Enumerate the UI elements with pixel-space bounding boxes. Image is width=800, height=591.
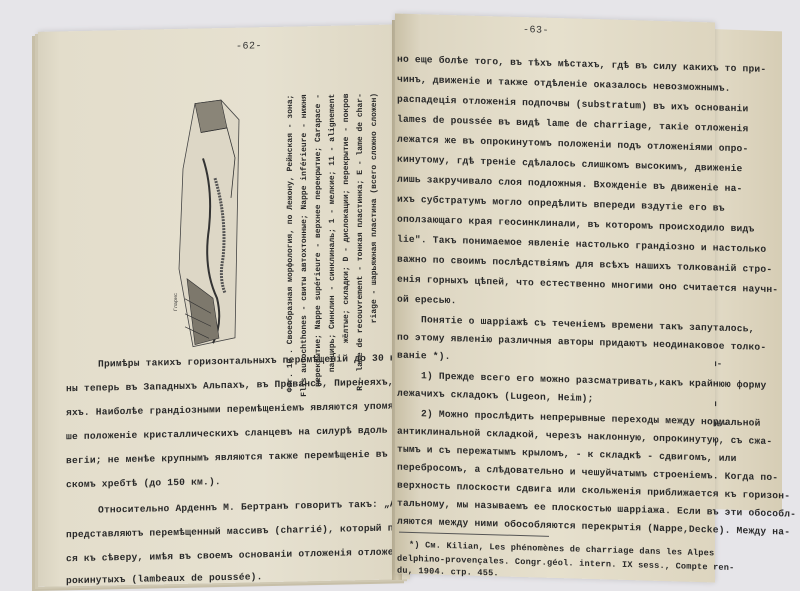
body-line: кинутому, гдѣ треніе сдѣлалось слишкомъ …	[397, 154, 743, 175]
body-line: ой ересью.	[397, 294, 457, 307]
body-line: ихъ субстратумъ могло опредѣлить впереди…	[397, 194, 725, 214]
body-line: 2) Можно прослѣдить непрерывные переходы…	[421, 408, 761, 428]
body-line: ше положеніе кристаллическихъ сланцевъ н…	[66, 423, 447, 442]
body-line: Понятіе о шарріажѣ съ теченіемъ времени …	[421, 314, 755, 334]
body-line: ны теперь въ Западныхъ Альпахъ, въ Прова…	[66, 375, 441, 394]
body-line: Относительно Арденнъ М. Бертранъ говорит…	[98, 498, 432, 516]
body-line: представляютъ перемѣщенный массивъ (char…	[66, 521, 447, 540]
right-page: -63- но еще болѣе того, въ тѣхъ мѣстахъ,…	[395, 14, 715, 583]
page-number-right: -63-	[523, 25, 549, 37]
caption-line: перекрытие; Nappe supérieure - верхнее п…	[314, 94, 323, 387]
geological-block-diagram: Гларис	[173, 98, 243, 349]
footnote-line: du, 1904. стр. 455.	[397, 566, 499, 579]
body-line: 1) Прежде всего его можно разсматривать,…	[421, 370, 767, 391]
body-line: скомъ хребтѣ (до 150 км.).	[66, 476, 221, 490]
caption-line: R - lame de recouvrement - тонкая пласти…	[356, 93, 365, 391]
body-line: ваніе *).	[397, 350, 451, 362]
body-line: lames de poussée въ видѣ lame de charria…	[397, 114, 748, 135]
body-line: распадеція отложенія подпочвы (substratu…	[397, 94, 748, 115]
caption-line: Фиг. 10 . Своеобразная морфология, по Ле…	[286, 95, 295, 393]
body-line: по этому явленію различныя авторы придаю…	[397, 332, 766, 353]
body-line: лежачихъ складокъ (Lugeon, Heim);	[397, 388, 594, 404]
body-line: лежатся же въ опрокинутомъ положеніи под…	[397, 134, 748, 155]
block-diagram-illustration: Гларис	[173, 98, 243, 349]
open-book: -62- Гларис Фиг. 10 . Своеобразная морфо…	[0, 0, 800, 591]
caption-line: панцирь; Синклин - синклиналь; 1 - мелки…	[328, 94, 337, 373]
caption-line: riage - шарьяжная пластина (всего сложно…	[370, 93, 379, 324]
left-page: -62- Гларис Фиг. 10 . Своеобразная морфо…	[38, 24, 410, 587]
figure-caption: Фиг. 10 . Своеобразная морфология, по Ле…	[286, 92, 394, 354]
figure-inscription: Гларис	[173, 293, 179, 311]
body-line: тымъ и съ пережатымъ крыломъ, - к складк…	[397, 444, 737, 464]
body-line: ляются между ними обособляются перекрыті…	[397, 516, 790, 538]
body-line: лишь закручивало слоя подложныя. Вхожден…	[397, 174, 743, 195]
body-line: lie". Такъ понимаемое явленіе настолько …	[397, 234, 766, 255]
footnote-divider	[399, 532, 549, 537]
caption-line: Flis autochthones - свиты автохтонные; N…	[300, 94, 309, 397]
body-line: вегіи; не менѣе крупнымъ являются также …	[66, 447, 441, 466]
body-line: чинъ, движеніе и также отдѣленіе оказало…	[397, 74, 731, 94]
caption-line: жёлтые; складки; D - дислокации; перекры…	[342, 93, 351, 343]
body-line: но еще болѣе того, въ тѣхъ мѣстахъ, гдѣ …	[397, 54, 766, 75]
body-line: яхъ. Наиболѣе грандіозными перемѣщеніемъ…	[66, 399, 447, 418]
page-number-left: -62-	[236, 41, 262, 53]
body-line: рокинутыхъ (lambeaux de poussée).	[66, 571, 263, 586]
body-line: оползающаго края геосинклинали, въ котор…	[397, 214, 754, 235]
